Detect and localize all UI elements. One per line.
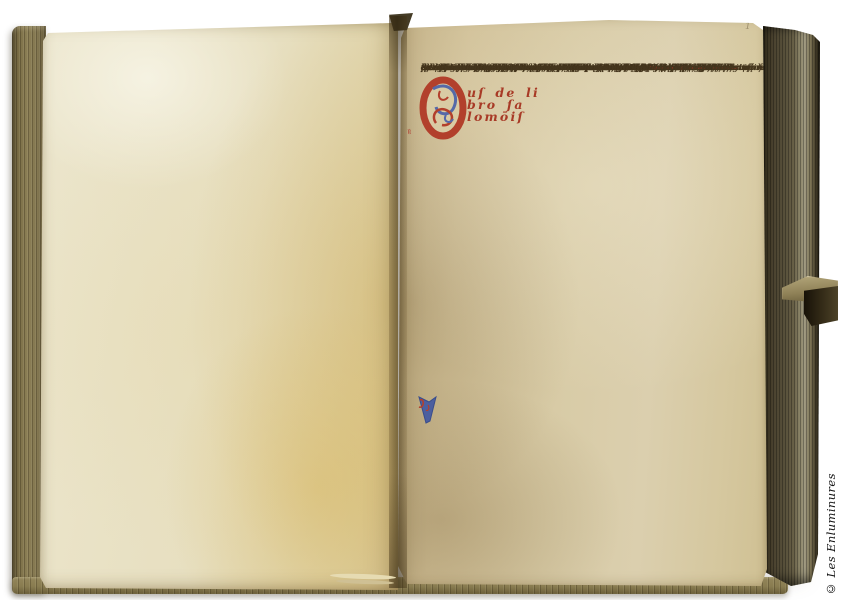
text-parchment-page-right: 1 uſ de li bro ſa lomōiſ ≈ qui ecclaſtes… — [397, 14, 767, 588]
photo-of-open-manuscript: 1 uſ de li bro ſa lomōiſ ≈ qui ecclaſtes… — [0, 0, 850, 600]
decorated-initial-O — [418, 75, 468, 141]
copyright-credit: © Les Enluminures — [824, 444, 846, 596]
clasp-underside — [804, 286, 838, 326]
blank-parchment-page-left — [40, 21, 398, 590]
metal-clasp — [782, 270, 840, 332]
rubric-line: lomōiſ — [467, 111, 525, 123]
manuscript-line: multorum mores ſtudia et opera deſcribun… — [421, 63, 759, 75]
decorated-initial-V — [416, 395, 438, 427]
folio-mark: 1 — [745, 22, 751, 32]
red-marginal-mark: ≈ — [404, 127, 414, 135]
